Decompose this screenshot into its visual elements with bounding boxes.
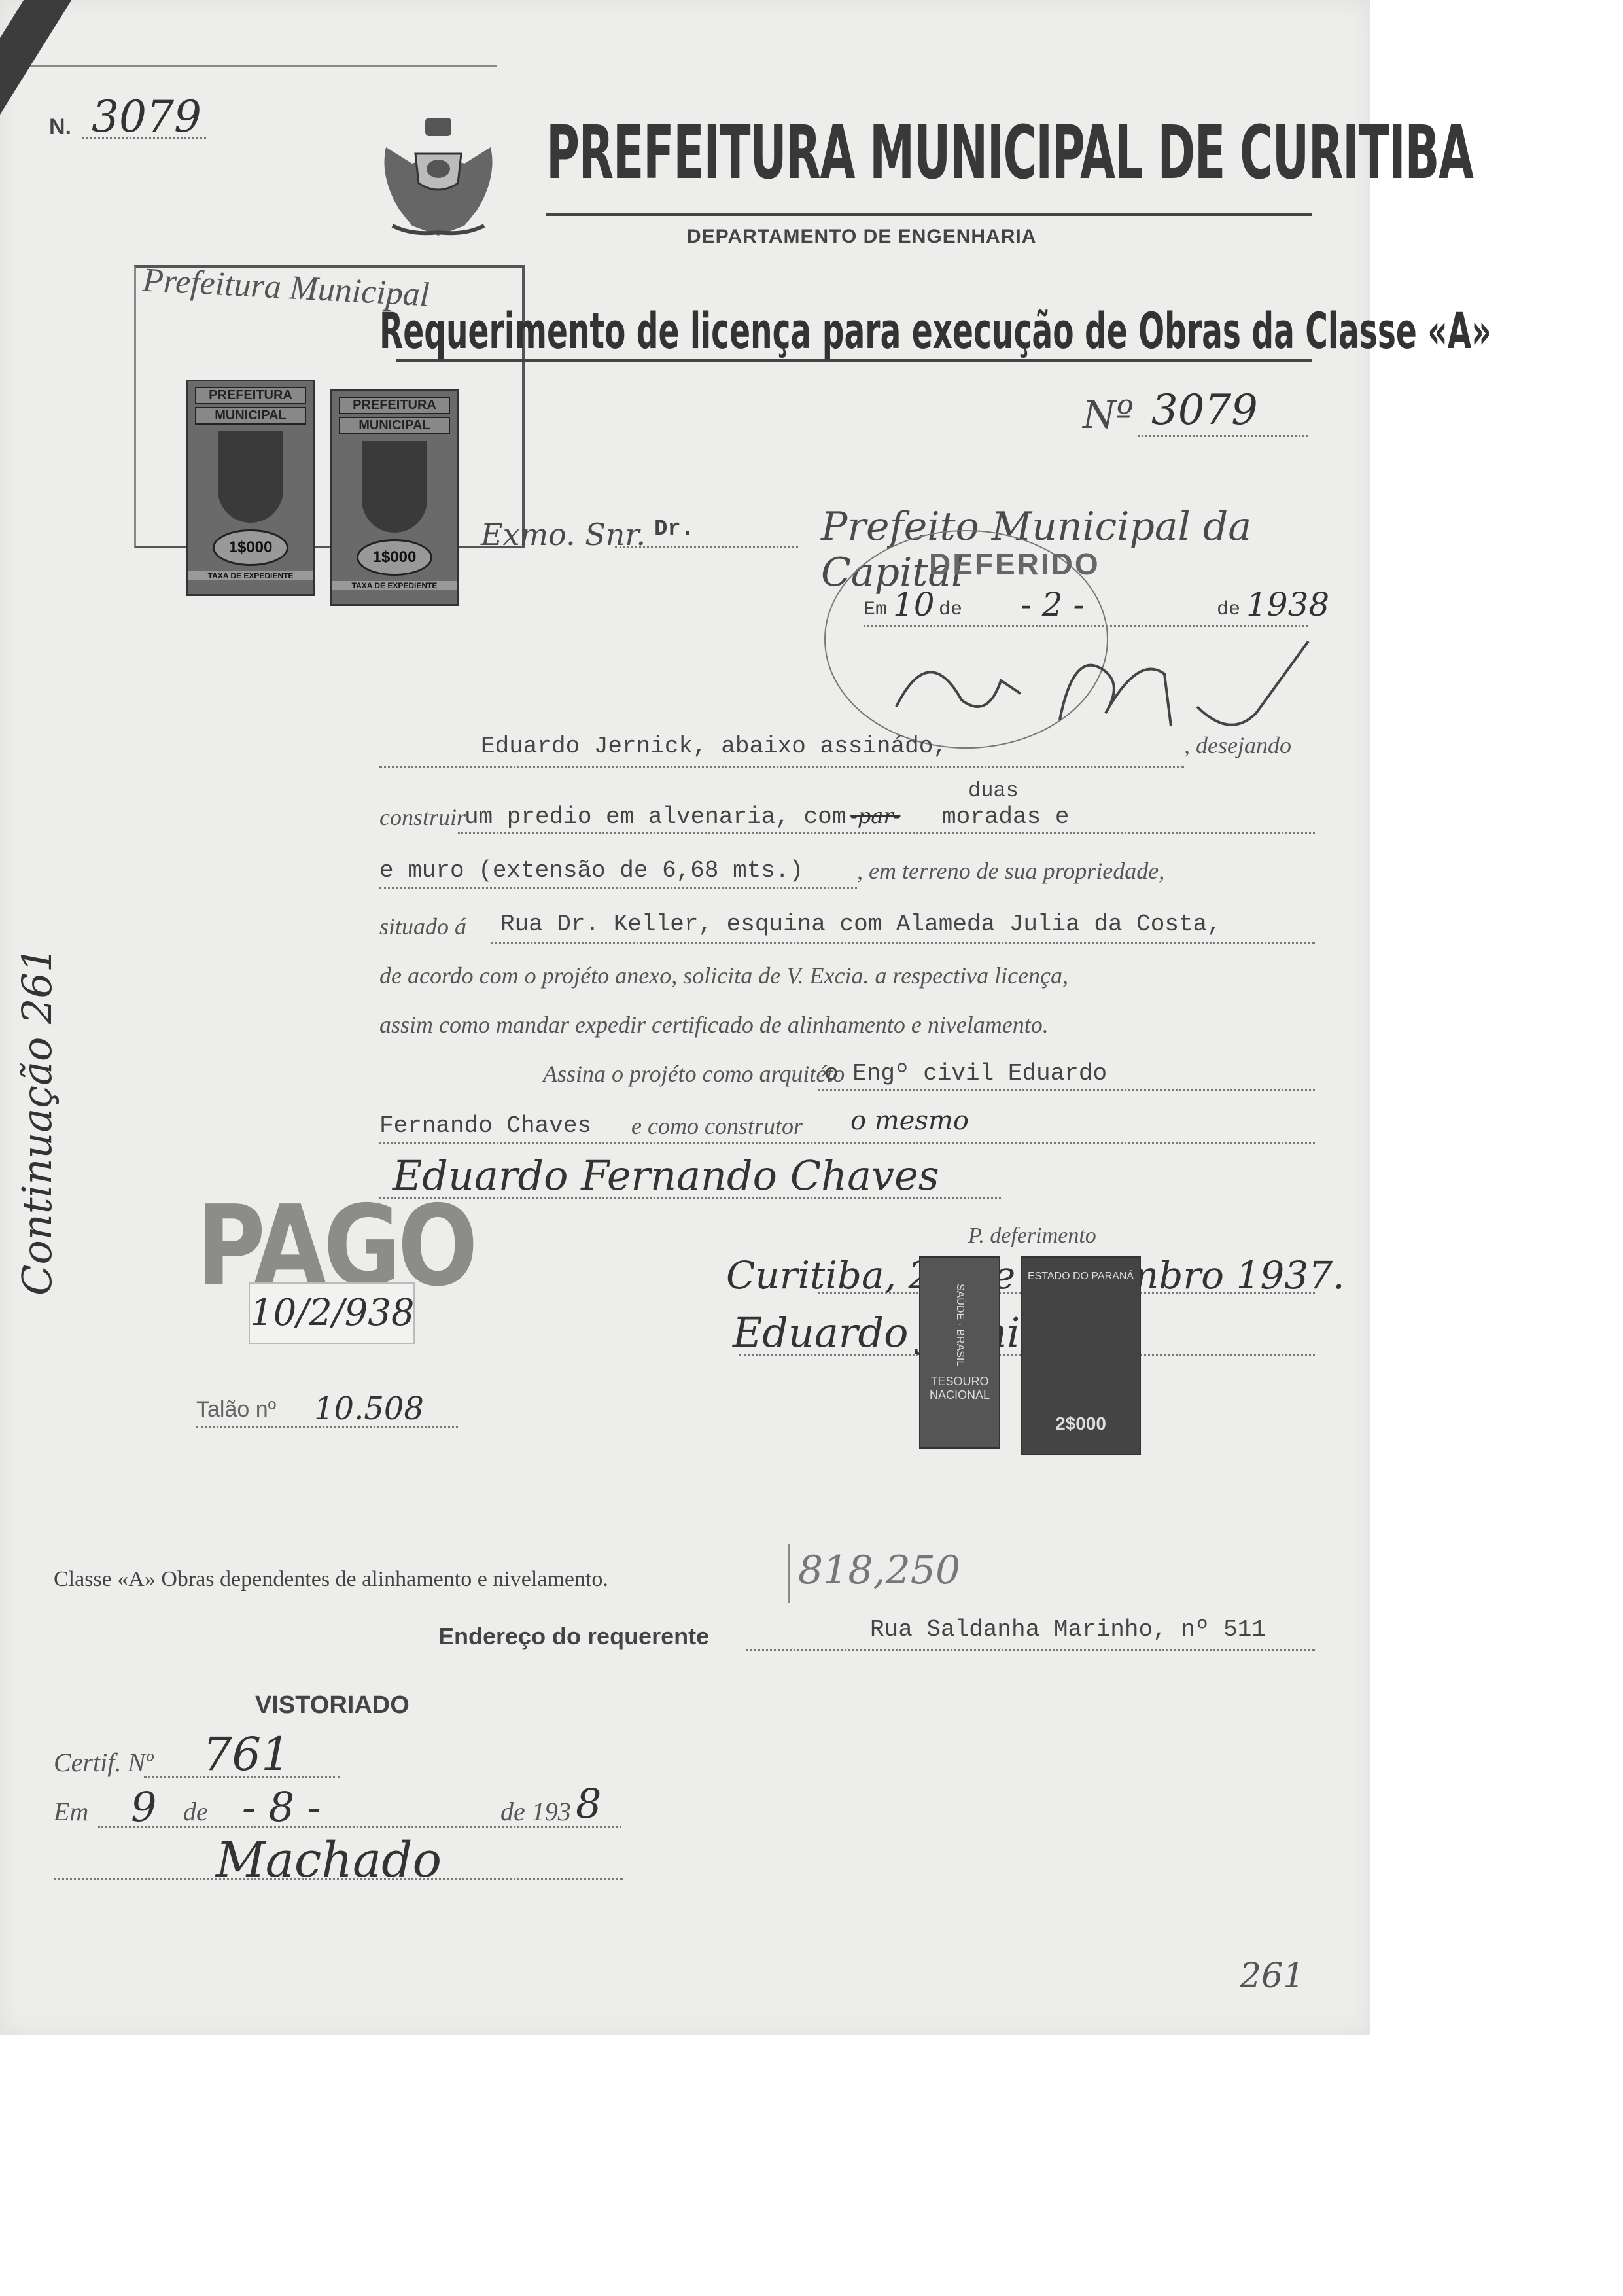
inspection-month: - 8 - [242,1783,321,1831]
approval-day: 10 [893,586,935,624]
margin-annotation: Continuação 261 [13,947,61,1296]
wall-fill: e muro (extensão de 6,68 mts.) [379,857,803,884]
address-label: Endereço do requerente [438,1623,709,1650]
form-title-rule [396,359,1312,362]
line3-end: , em terreno de sua propriedade, [857,857,1164,885]
paid-date: 10/2/938 [249,1282,415,1344]
line1-end: , desejando [1184,732,1291,759]
fee-tick-mark [788,1544,790,1603]
stamp-line2: MUNICIPAL [339,417,450,434]
line4-label: situado á [379,913,466,940]
mayor-signature-icon [890,628,1335,746]
approval-month: - 2 - [1021,586,1084,624]
approval-dotted-line [864,625,1308,627]
stamp-value: 1$000 [213,529,288,566]
stamp-text: SAÚDE · BRASIL [954,1284,966,1366]
cert-dotted [144,1776,340,1778]
approval-date-prefix: Em [864,599,887,621]
page-number: 261 [1240,1956,1304,1996]
struck-word: -par- [850,804,900,828]
federal-stamp-health: SAÚDE · BRASIL TESOURO NACIONAL [919,1256,1000,1449]
applicant-fill: Eduardo Jernick, abaixo assinádo, [481,733,947,760]
approval-de1: de [939,599,962,621]
body-line6: assim como mandar expedir certificado de… [379,1011,1049,1038]
stamp-line1: PREFEITURA [339,397,450,414]
deferido-stamp: DEFERIDO [929,546,1100,582]
guide-label: Talão nº [196,1397,276,1422]
department-name: DEPARTAMENTO DE ENGENHARIA [687,226,1036,248]
guide-dotted [196,1426,458,1428]
reference-number-top: 3079 [92,92,201,142]
form-title: Requerimento de licença para execução de… [379,306,955,356]
inspection-year-digit: 8 [576,1780,601,1828]
inspector-dotted [54,1878,623,1880]
line7-dotted [818,1089,1315,1091]
number-prefix: N. [49,115,71,140]
inspection-de1: de [183,1796,208,1827]
document-page: N. 3079 PREFEITURA MUNICIPAL DE CURITIBA… [0,0,1370,2035]
inspection-day: 9 [131,1783,156,1831]
stamp-line2: MUNICIPAL [195,407,306,425]
guide-number: 10.508 [314,1390,424,1427]
construction-fill-2: moradas e [942,804,1069,830]
coat-of-arms-icon [373,118,504,239]
stamp-footer: TAXA DE EXPEDIENTE [188,571,313,580]
addressee-dotted-line [615,546,798,548]
stamp-coat-icon [218,431,283,523]
top-rule [20,65,497,67]
construction-fill: um predio em alvenaria, com [464,804,846,830]
stamp-footer: TESOURO NACIONAL [920,1375,999,1402]
address-dotted [746,1649,1315,1651]
inspector-signature: Machado [216,1832,442,1888]
body-line5: de acordo com o projéto anexo, solicita … [379,962,1068,989]
issuer-title: PREFEITURA MUNICIPAL DE CURITIBA [546,116,1021,190]
line2-dotted [458,832,1315,834]
inspection-date-dotted [98,1826,621,1828]
approval-year: 1938 [1246,586,1329,624]
stamp-value: 1$000 [357,539,432,576]
stamp-text: ESTADO DO PARANÁ [1022,1271,1140,1282]
federal-stamp-state: ESTADO DO PARANÁ 2$000 [1021,1256,1141,1455]
line2-label: construir [379,804,466,831]
reference-dotted-line [1138,435,1308,437]
reference-prefix-right: Nº [1083,393,1134,437]
architect-fill-2: Fernando Chaves [379,1112,591,1139]
stamp-footer: TAXA DE EXPEDIENTE [332,581,457,590]
inspection-date-prefix: Em [54,1796,88,1827]
class-note: Classe «A» Obras dependentes de alinhame… [54,1567,608,1592]
cert-number: 761 [203,1727,290,1781]
stamp-value: 2$000 [1022,1413,1140,1434]
line4-dotted [491,942,1315,944]
architect-fill: o Engº civil Eduardo [824,1060,1107,1087]
architect-label: Assina o projéto como arquitéto [543,1060,845,1087]
revenue-stamp-2: PREFEITURA MUNICIPAL 1$000 TAXA DE EXPED… [330,389,459,606]
line3-dotted [379,887,857,889]
title-fill: Dr. [654,517,694,542]
line1-dotted [379,766,1184,768]
reference-number-right: 3079 [1151,386,1258,434]
address-value: Rua Saldanha Marinho, nº 511 [870,1616,1266,1643]
number-dotted-line [82,137,206,139]
stamp-line1: PREFEITURA [195,387,306,404]
line8-dotted [379,1142,1315,1144]
builder-fill: o mesmo [850,1106,969,1136]
inspected-stamp: VISTORIADO [255,1691,410,1720]
approval-de2: de [1217,599,1240,621]
request-deferment: P. deferimento [968,1224,1096,1248]
revenue-stamp-1: PREFEITURA MUNICIPAL 1$000 TAXA DE EXPED… [186,380,315,596]
builder-label: e como construtor [631,1112,803,1140]
applicant-signature: Eduardo Jernick [733,1309,1067,1356]
fee-note: 818,250 [798,1547,960,1593]
inspection-de2: de 193 [500,1796,571,1827]
title-rule [546,213,1312,216]
inserted-word: duas [968,779,1019,803]
stamp-coat-icon [362,441,427,533]
cert-label: Certif. Nº [54,1747,153,1778]
location-fill: Rua Dr. Keller, esquina com Alameda Juli… [500,911,1221,938]
